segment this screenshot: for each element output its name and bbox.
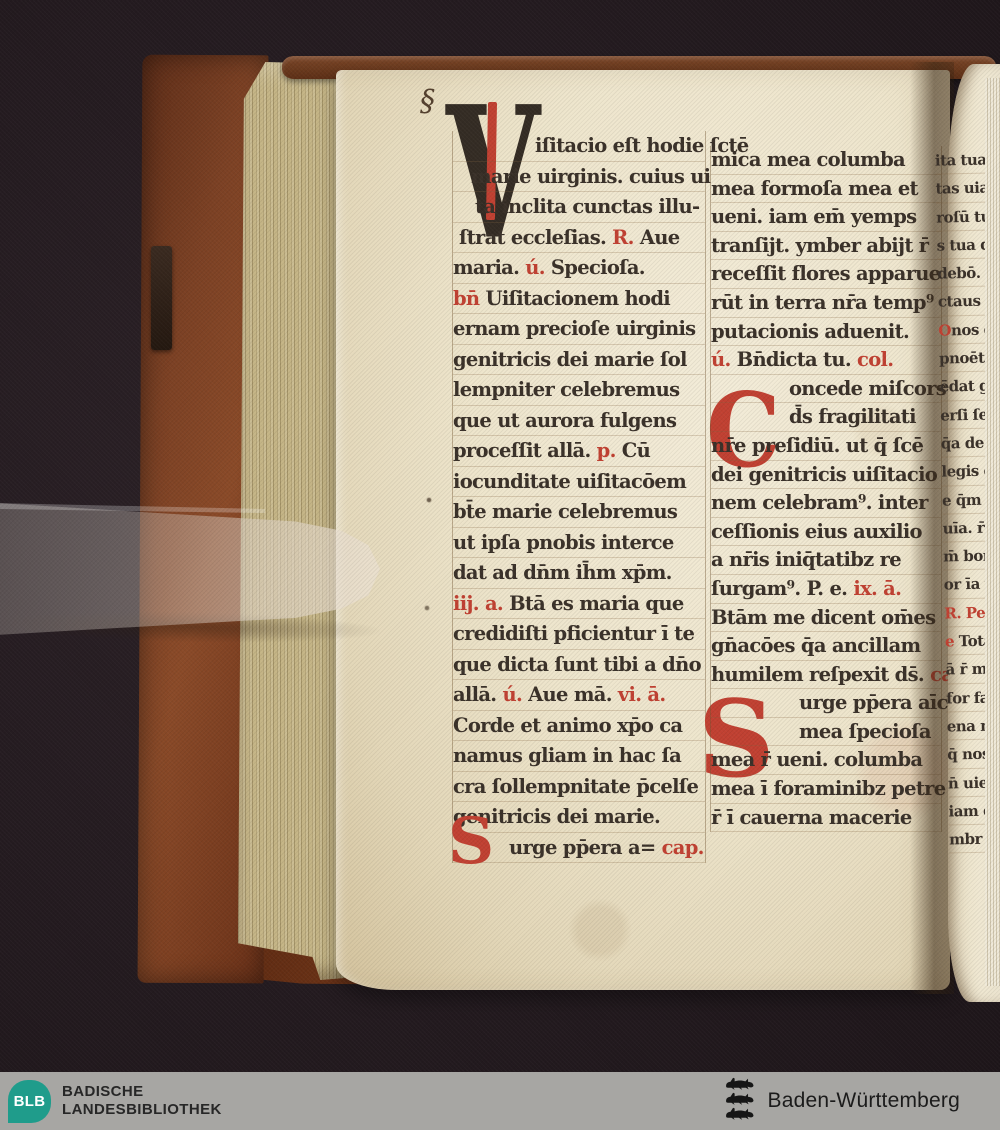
manuscript-text-line: ſurgam⁹. P. e. ix. ā. (711, 575, 941, 604)
manuscript-text-line: nem celebram⁹. inter (711, 489, 941, 518)
manuscript-text-line: n̄ uie ſic dm̄ ecōmer (948, 768, 1000, 797)
text-column-2: mica mea columbamea formoſa mea etueni. … (710, 146, 942, 832)
manuscript-text-line: iſitacio eſt hodie ſctē (453, 131, 705, 162)
manuscript-text-line: ita tuam (935, 146, 990, 175)
manuscript-text-line: receſſit flores apparue (711, 260, 941, 289)
page-holder-shadow (0, 608, 380, 646)
manuscript-text-line: mea ſpecioſa (711, 718, 941, 747)
gutter-shadow (910, 62, 954, 994)
acrylic-highlight (0, 503, 380, 513)
manuscript-text-line: rūt in terra nr̄a temp⁹ (711, 289, 941, 318)
manuscript-text-line: ā r̄ macule nō (945, 655, 1000, 684)
text-column-1: iſitacio eſt hodie ſctēmarie uirginis. c… (452, 131, 706, 863)
manuscript-text-line: e q̄m merta (942, 485, 997, 514)
manuscript-text-line: urge pp̄era a= cap. (453, 833, 705, 864)
manuscript-text-line: credidiſti pficientur ī te (453, 619, 705, 650)
manuscript-text-line: nr̄e preſidiū. ut q̄ ſcē (711, 432, 941, 461)
manuscript-text-line: for fauis diſtillās (946, 683, 1000, 712)
library-name-line1: BADISCHE (62, 1083, 222, 1102)
initial-letter-s-large: S (698, 686, 775, 792)
manuscript-text-line: mea r̄ ueni. columba (711, 746, 941, 775)
manuscript-text-line: cra ſollempnitate p̄celſe (453, 772, 705, 803)
manuscript-text-line: urge pp̄era aīca (711, 689, 941, 718)
parchment-stains (0, 0, 1000, 1130)
manuscript-text-line: dat ad dn̄m ih̄m xp̄m. (453, 558, 705, 589)
manuscript-text-line: uīa. r̄ uīa pe (942, 513, 997, 542)
manuscript-text-line: allā. ú. Aue mā. vi. ā. (453, 680, 705, 711)
manuscript-text-line: ernam precioſe uirginis (453, 314, 705, 345)
manuscript-text-line: debō. rol’ (937, 259, 992, 288)
manuscript-text-line: iocunditate uiſitacōem (453, 467, 705, 498)
manuscript-text-line: Onos q̄s (938, 315, 993, 344)
manuscript-text-line: d̄s fragilitati (711, 403, 941, 432)
manuscript-text-line: pnoētis (939, 344, 994, 373)
manuscript-text-line: mea formoſa mea et (711, 175, 941, 204)
facing-page-text-fragments: ita tuamtas uiamroſū tuas tua dedebō. ro… (935, 146, 1000, 854)
manuscript-text-line: or īa pulcra r̄ ē. (943, 570, 998, 599)
manuscript-text-line: tas uiam (935, 174, 990, 203)
manuscript-text-line: q̄ nos odor ungēta (947, 740, 1000, 769)
manuscript-text-line: lempniter celebremus (453, 375, 705, 406)
manuscript-text-line: que dicta ſunt tibi a dn̄o (453, 650, 705, 681)
initial-letter-c: C (706, 380, 781, 482)
library-name: BADISCHE LANDESBIBLIOTHEK (62, 1083, 222, 1120)
manuscript-text-line: mea ī foraminibz petre (711, 775, 941, 804)
manuscript-text-line: Btām me dicent om̄es (711, 604, 941, 633)
manuscript-text-line: ceſſionis eius auxilio (711, 518, 941, 547)
manuscript-text-line: Corde et animo xp̄o ca (453, 711, 705, 742)
book-cover-corner (142, 926, 542, 986)
initial-letter-v: V (446, 82, 540, 263)
manuscript-text-line: m̄ bona. p. Bā. (943, 542, 998, 571)
book-cover-left (138, 55, 269, 984)
manuscript-text-line: roſū tua (936, 202, 991, 231)
manuscript-text-line: ēdat gau (939, 372, 994, 401)
footer-right-group: Baden-Württemberg (725, 1076, 960, 1127)
manuscript-facing-page (948, 64, 1000, 1002)
manuscript-text-line: genitricis dei marie ſol (453, 345, 705, 376)
book-fore-edge (238, 62, 434, 980)
library-name-line2: LANDESBIBLIOTHEK (62, 1101, 222, 1120)
manuscript-text-line: iam em̄ yemps īſcijt (948, 796, 1000, 825)
baden-wuerttemberg-arms-icon (725, 1076, 755, 1127)
book-clasp-remnant (151, 246, 172, 350)
manuscript-text-line: humilem reſpexit ds̄. cap̄. (711, 661, 941, 690)
manuscript-text-line: gn̄acōes q̄a ancillam (711, 632, 941, 661)
manuscript-text-line: proceſſit allā. p. Cū (453, 436, 705, 467)
initial-letter-s-small: S (448, 810, 494, 874)
manuscript-text-line: que ut aurora fulgens (453, 406, 705, 437)
manuscript-text-line: tranſijt. ymber abijt r̄ (711, 232, 941, 261)
manuscript-text-line: a nr̄is iniq̄tatibz re (711, 546, 941, 575)
manuscript-text-line: ut ipſa pnobis interce (453, 528, 705, 559)
manuscript-text-line: putacionis aduenit. (711, 318, 941, 347)
book-spine-top (282, 56, 996, 79)
manuscript-text-line: ta inclita cunctas illu- (453, 192, 705, 223)
manuscript-text-line: maria. ú. Specioſa. (453, 253, 705, 284)
right-page-edges (985, 78, 1000, 986)
manuscript-text-line: ctaus ſa (938, 287, 993, 316)
blb-logo-text: BLB (14, 1093, 46, 1110)
manuscript-text-line: mica mea columba (711, 146, 941, 175)
manuscript-text-line: ueni. iam em̄ yemps (711, 203, 941, 232)
manuscript-text-line: oncede miſcors (711, 375, 941, 404)
acrylic-page-holder (0, 503, 380, 635)
library-footer-bar: BLB BADISCHE LANDESBIBLIOTHEK Baden-Würt… (0, 1072, 1000, 1130)
initial-v-red-stroke (486, 102, 497, 220)
manuscript-text-line: erſi ſemeri (940, 400, 995, 429)
manuscript-text-line: bn̄ Uiſitacionem hodi (453, 284, 705, 315)
page-stack-bottom-edge (286, 906, 608, 980)
manuscript-left-page (336, 70, 950, 990)
manuscript-text-line: iij. a. Btā es maria que (453, 589, 705, 620)
manuscript-text-line: ú. Bn̄dicta tu. col. (711, 346, 941, 375)
blb-logo-icon: BLB (8, 1080, 51, 1123)
manuscript-text-line: genitricis dei marie. (453, 802, 705, 833)
manuscript-text-line: q̄a de marī (941, 428, 996, 457)
footer-left-group: BLB BADISCHE LANDESBIBLIOTHEK (8, 1080, 222, 1123)
quire-mark: § (420, 84, 435, 119)
manuscript-text-line: ena mel r̄ lac ſub (946, 711, 1000, 740)
state-name: Baden-Württemberg (768, 1089, 960, 1113)
manuscript-text-line: bt̄e marie celebremus (453, 497, 705, 528)
manuscript-text-line: namus gliam in hac ſa (453, 741, 705, 772)
manuscript-text-line: e Tota pulcra es (945, 626, 1000, 655)
manuscript-text-line: dei genitricis uiſitacio (711, 461, 941, 490)
manuscript-text-line: marie uirginis. cuius ui (453, 162, 705, 193)
manuscript-text-line: mbr abijt r̄ tranſijt (949, 824, 1000, 853)
manuscript-text-line: ſtrat eccleſias. R. Aue (453, 223, 705, 254)
manuscript-text-line: s tua de (936, 230, 991, 259)
manuscript-text-line: legis obter (941, 457, 996, 486)
manuscript-text-line: r̄ ī cauerna macerie (711, 804, 941, 833)
manuscript-text-line: R. Pelgū b. apri (944, 598, 999, 627)
photo-backdrop: § V iſitacio eſt hodie ſctēmarie uirgini… (0, 0, 1000, 1130)
